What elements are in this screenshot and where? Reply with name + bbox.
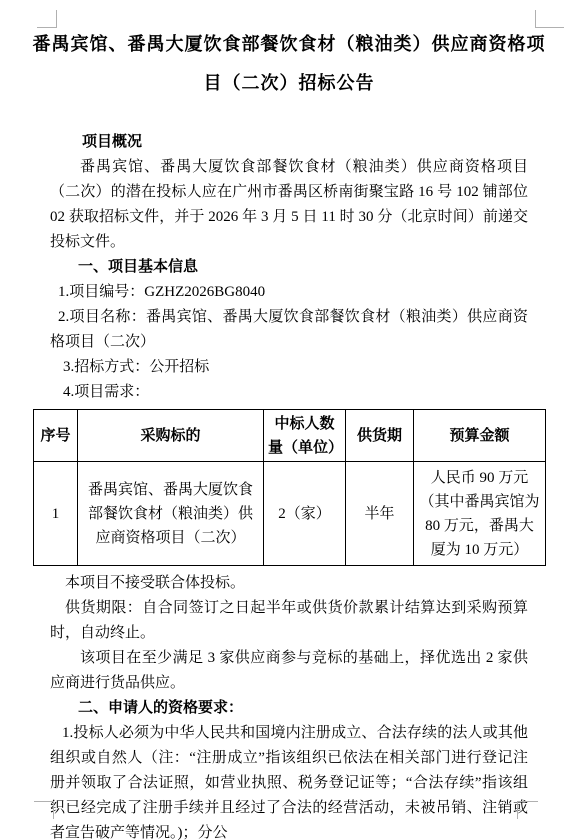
margin-crop-mark-top-left bbox=[37, 10, 57, 28]
table-header-seq: 序号 bbox=[34, 410, 78, 462]
document-title: 番禺宾馆、番禺大厦饮食部餐饮食材（粮油类）供应商资格项目（二次）招标公告 bbox=[30, 0, 548, 103]
document-body: 项目概况 番禺宾馆、番禺大厦饮食部餐饮食材（粮油类）供应商资格项目（二次）的潜在… bbox=[50, 130, 528, 840]
note-no-consortium: 本项目不接受联合体投标。 bbox=[50, 571, 528, 596]
table-header-period: 供货期 bbox=[346, 410, 414, 462]
table-cell-budget: 人民币 90 万元（其中番禺宾馆为 80 万元，番禺大厦为 10 万元） bbox=[414, 462, 546, 566]
table-header-winners: 中标人数量（单位） bbox=[264, 410, 346, 462]
overview-paragraph: 番禺宾馆、番禺大厦饮食部餐饮食材（粮油类）供应商资格项目（二次）的潜在投标人应在… bbox=[50, 155, 528, 255]
section-1-heading: 一、项目基本信息 bbox=[50, 255, 528, 280]
margin-crop-mark-top-right bbox=[535, 10, 564, 28]
project-requirements-table: 序号 采购标的 中标人数量（单位） 供货期 预算金额 1 番禺宾馆、番禺大厦饮食… bbox=[33, 409, 546, 566]
table-header-subject: 采购标的 bbox=[78, 410, 264, 462]
table-row: 1 番禺宾馆、番禺大厦饮食部餐饮食材（粮油类）供应商资格项目（二次） 2（家） … bbox=[34, 462, 546, 566]
basic-info-item-project-number: 1.项目编号：GZHZ2026BG8040 bbox=[50, 280, 528, 305]
table-cell-winners: 2（家） bbox=[264, 462, 346, 566]
table-cell-seq: 1 bbox=[34, 462, 78, 566]
table-header-budget: 预算金额 bbox=[414, 410, 546, 462]
note-supply-term: 供货期限：自合同签订之日起半年或供货价款累计结算达到采购预算时，自动终止。 bbox=[50, 596, 528, 646]
document-page: 番禺宾馆、番禺大厦饮食部餐饮食材（粮油类）供应商资格项目（二次）招标公告 项目概… bbox=[0, 0, 578, 840]
section-2-heading: 二、申请人的资格要求： bbox=[50, 696, 528, 721]
basic-info-item-project-demand: 4.项目需求： bbox=[50, 380, 528, 405]
basic-info-item-project-name: 2.项目名称：番禺宾馆、番禺大厦饮食部餐饮食材（粮油类）供应商资格项目（二次） bbox=[50, 305, 528, 355]
margin-crop-mark-bottom-right bbox=[517, 801, 538, 819]
basic-info-item-bid-method: 3.招标方式：公开招标 bbox=[50, 355, 528, 380]
qualification-paragraph: 1.投标人必须为中华人民共和国境内注册成立、合法存续的法人或其他组织或自然人（注… bbox=[50, 721, 528, 840]
note-selection: 该项目在至少满足 3 家供应商参与竞标的基础上，择优选出 2 家供应商进行货品供… bbox=[50, 646, 528, 696]
overview-heading: 项目概况 bbox=[50, 130, 528, 155]
margin-crop-mark-bottom-left bbox=[34, 801, 54, 819]
table-header-row: 序号 采购标的 中标人数量（单位） 供货期 预算金额 bbox=[34, 410, 546, 462]
table-cell-subject: 番禺宾馆、番禺大厦饮食部餐饮食材（粮油类）供应商资格项目（二次） bbox=[78, 462, 264, 566]
table-cell-period: 半年 bbox=[346, 462, 414, 566]
